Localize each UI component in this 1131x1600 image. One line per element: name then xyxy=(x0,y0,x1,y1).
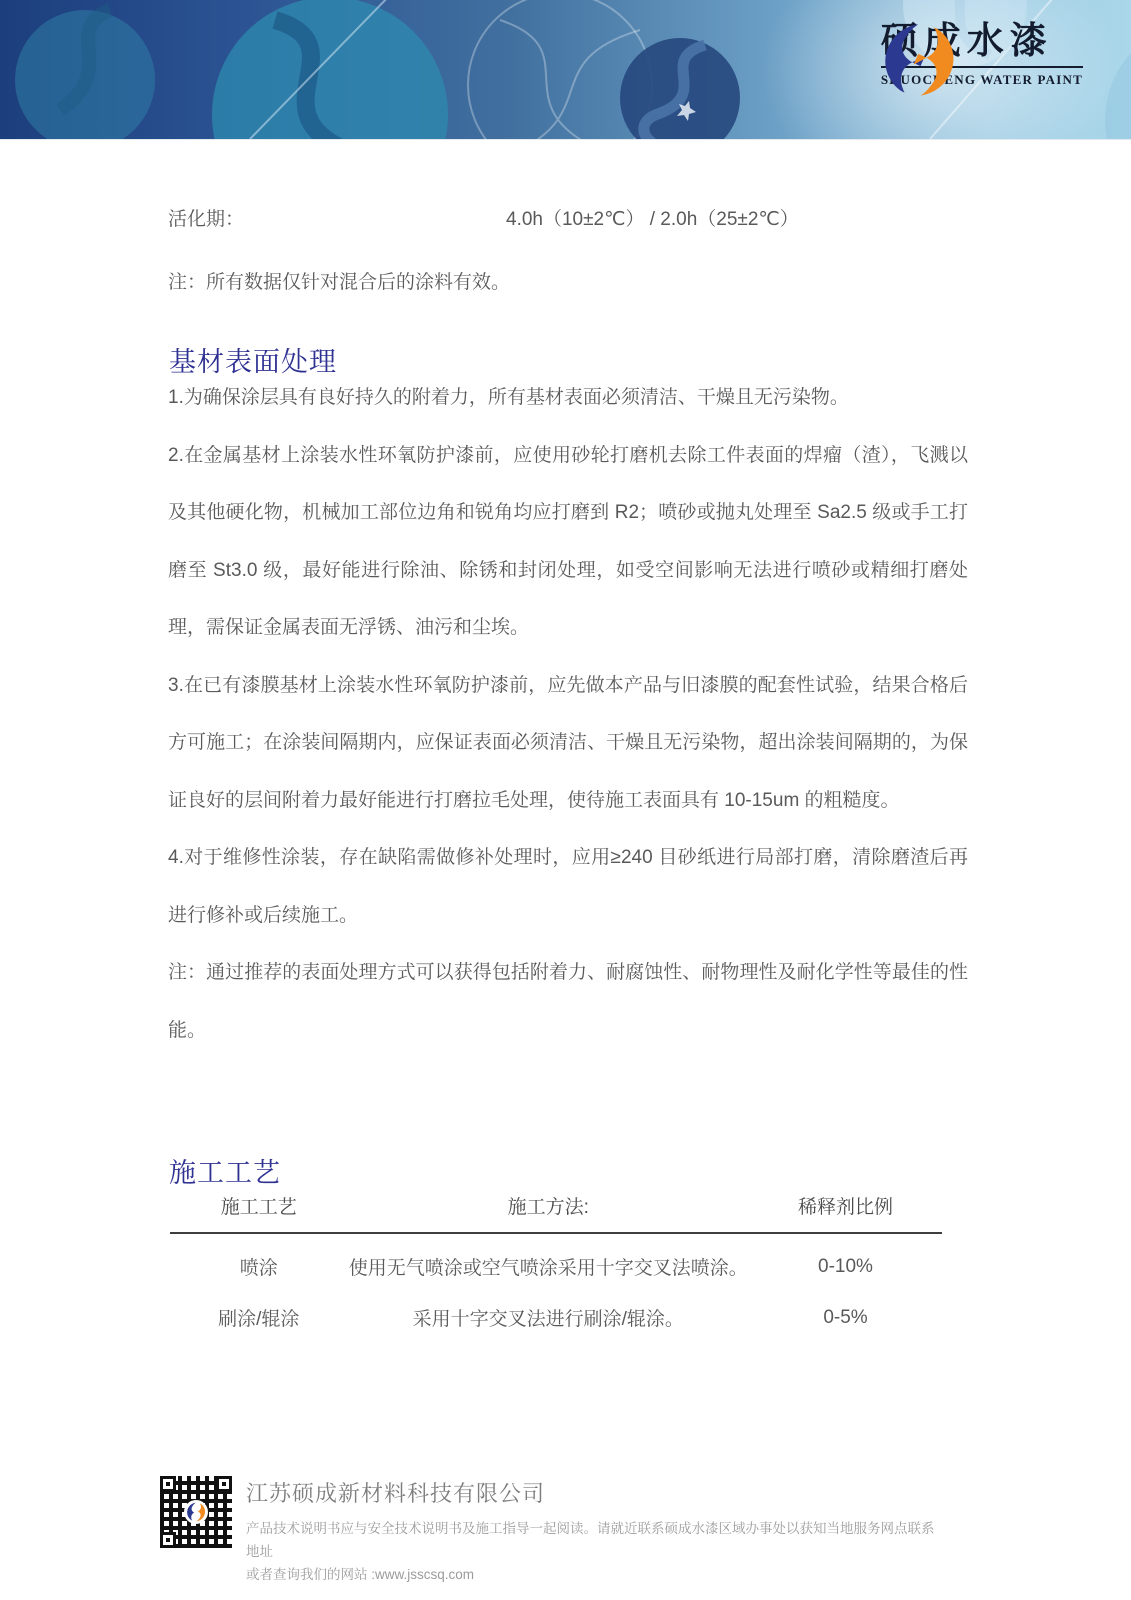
shuocheng-swirl-icon xyxy=(881,22,957,98)
qr-finder-icon xyxy=(160,1532,176,1548)
table-cell-ratio: 0-10% xyxy=(749,1233,942,1285)
footer-note: 产品技术说明书应与安全技术说明书及施工指导一起阅读。请就近联系硕成水漆区域办事处… xyxy=(246,1517,946,1586)
table-row: 刷涂/辊涂 采用十字交叉法进行刷涂/辊涂。 0-5% xyxy=(170,1285,942,1336)
substrate-treatment-paragraphs: 1.为确保涂层具有良好持久的附着力，所有基材表面必须清洁、干燥且无污染物。 2.… xyxy=(168,369,968,1059)
qr-finder-icon xyxy=(216,1476,232,1492)
table-cell-method: 使用无气喷涂或空气喷涂采用十字交叉法喷涂。 xyxy=(348,1233,749,1285)
activation-period-label: 活化期： xyxy=(168,204,244,231)
page-footer: 江苏硕成新材料科技有限公司 产品技术说明书应与安全技术说明书及施工指导一起阅读。… xyxy=(160,1476,1000,1586)
construction-process-table: 施工工艺 施工方法: 稀释剂比例 喷涂 使用无气喷涂或空气喷涂采用十字交叉法喷涂… xyxy=(170,1186,942,1336)
table-row: 喷涂 使用无气喷涂或空气喷涂采用十字交叉法喷涂。 0-10% xyxy=(170,1233,942,1285)
footer-note-line2: 或者查询我们的网站 :www.jsscsq.com xyxy=(246,1567,474,1582)
paragraph-2: 2.在金属基材上涂装水性环氧防护漆前，应使用砂轮打磨机去除工件表面的焊瘤（渣），… xyxy=(168,427,968,657)
company-logo: 硕成水漆 SHUOCHENG WATER PAINT xyxy=(881,22,1083,88)
qr-finder-icon xyxy=(160,1476,176,1492)
company-name: 江苏硕成新材料科技有限公司 xyxy=(246,1477,946,1508)
table-header-thinner-ratio: 稀释剂比例 xyxy=(749,1186,942,1233)
header-banner: 硕成水漆 SHUOCHENG WATER PAINT xyxy=(0,0,1131,140)
table-cell-method: 采用十字交叉法进行刷涂/辊涂。 xyxy=(348,1285,749,1336)
paragraph-4: 4.对于维修性涂装，存在缺陷需做修补处理时，应用≥240 目砂纸进行局部打磨，清… xyxy=(168,829,968,944)
table-cell-process: 喷涂 xyxy=(170,1233,348,1285)
qr-center-logo-icon xyxy=(184,1500,208,1524)
footer-note-line1: 产品技术说明书应与安全技术说明书及施工指导一起阅读。请就近联系硕成水漆区域办事处… xyxy=(246,1521,935,1559)
section-title-construction-process: 施工工艺 xyxy=(169,1151,281,1190)
table-header-method: 施工方法: xyxy=(348,1186,749,1233)
mixed-data-note: 注：所有数据仅针对混合后的涂料有效。 xyxy=(168,267,968,294)
table-cell-ratio: 0-5% xyxy=(749,1285,942,1336)
paragraph-3: 3.在已有漆膜基材上涂装水性环氧防护漆前，应先做本产品与旧漆膜的配套性试验，结果… xyxy=(168,657,968,830)
activation-period-value: 4.0h（10±2℃） / 2.0h（25±2℃） xyxy=(506,204,799,231)
qr-code-icon xyxy=(160,1476,232,1548)
activation-period-row: 活化期： 4.0h（10±2℃） / 2.0h（25±2℃） xyxy=(168,204,968,231)
table-header-row: 施工工艺 施工方法: 稀释剂比例 xyxy=(170,1186,942,1233)
table-cell-process: 刷涂/辊涂 xyxy=(170,1285,348,1336)
paragraph-1: 1.为确保涂层具有良好持久的附着力，所有基材表面必须清洁、干燥且无污染物。 xyxy=(168,369,968,427)
table-header-process: 施工工艺 xyxy=(170,1186,348,1233)
surface-treatment-note: 注：通过推荐的表面处理方式可以获得包括附着力、耐腐蚀性、耐物理性及耐化学性等最佳… xyxy=(168,944,968,1059)
